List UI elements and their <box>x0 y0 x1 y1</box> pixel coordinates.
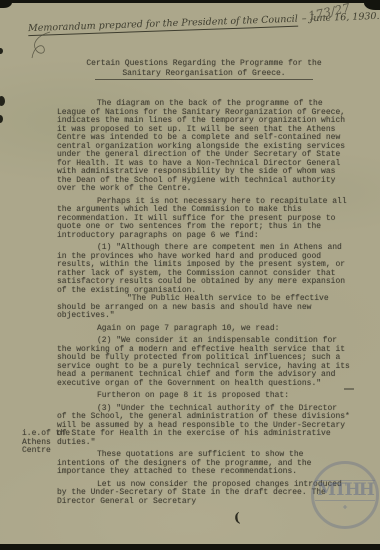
paragraph-intro: The diagram on the back of the programme… <box>57 100 351 194</box>
document-title: Certain Questions Regarding the Programm… <box>57 60 351 80</box>
scanned-document-page: Memorandum prepared for the President of… <box>0 0 380 550</box>
document-body: The diagram on the back of the programme… <box>57 100 351 506</box>
scan-edge-top <box>0 0 380 3</box>
paragraph-proposed-changes: Let us now consider the proposed changes… <box>57 481 351 507</box>
document-title-line1: Certain Questions Regarding the Programm… <box>57 60 351 69</box>
paragraph-recapitulate: Perhaps it is not necessary here to reca… <box>57 198 351 241</box>
quoted-passage-2: (2) "We consider it an indispensable con… <box>57 337 351 388</box>
document-title-line2: Sanitary Reorganisation of Greece. <box>57 70 351 81</box>
scan-edge-top-left <box>0 0 12 8</box>
scan-speck <box>0 48 3 54</box>
quoted-passage-1: (1) "Although there are competent men in… <box>57 244 351 295</box>
handwritten-header-text: Memorandum prepared for the President of… <box>28 14 298 36</box>
quoted-passage-1-continued: "The Public Health service to be effecti… <box>57 295 351 321</box>
scan-edge-bottom <box>0 544 380 550</box>
library-stamp: MTHH ✚ <box>311 461 379 529</box>
scan-speck <box>0 115 3 123</box>
scan-edge-top-right <box>364 0 380 10</box>
stamp-monogram: MTHH <box>315 480 375 501</box>
paragraph-quotations-sufficient: These quotations are sufficient to show … <box>57 451 351 477</box>
scan-speck <box>0 96 5 106</box>
handwriting-flourish <box>30 30 56 60</box>
lead-in-page7: Again on page 7 paragraph 10, we read: <box>57 325 351 334</box>
margin-note: i.e.of the Athens Centre <box>22 430 82 456</box>
handwritten-insertion-mark: ( <box>233 511 241 527</box>
stamp-cross-icon: ✚ <box>343 503 348 510</box>
lead-in-page8: Furtheron on page 8 it is proposed that: <box>57 392 351 401</box>
quoted-passage-3: (3) "Under the technical authority of th… <box>57 405 351 448</box>
pencil-dash <box>344 388 354 390</box>
